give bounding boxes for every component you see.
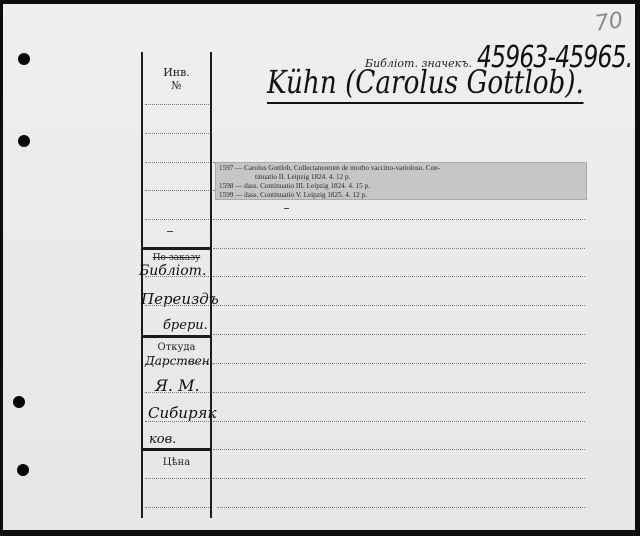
inventory-label: Инв.	[143, 66, 210, 79]
ruled-line	[213, 219, 585, 220]
ruled-line	[213, 248, 585, 249]
ruled-line	[213, 478, 585, 479]
section-divider	[143, 448, 210, 451]
ruled-line	[217, 507, 585, 508]
ruled-line	[213, 334, 585, 335]
pencil-note: 70	[593, 8, 624, 37]
entry-text: — dass. Continuatio III. Leipzig 1824. 4…	[235, 182, 370, 190]
source-handwritten-line: Сибиряк	[148, 404, 216, 422]
ruled-line	[145, 478, 209, 479]
price-label: Цѣна	[143, 457, 210, 468]
ruled-line	[145, 507, 209, 508]
entry-number: 1597	[219, 164, 233, 172]
pasted-clipping: 1597 — Carolus Gottlob, Collectaneorum d…	[215, 162, 587, 200]
ruled-line	[145, 162, 209, 163]
stray-mark	[284, 208, 289, 209]
punch-hole-icon	[18, 53, 30, 65]
ruled-line	[145, 190, 209, 191]
ruled-line	[213, 363, 585, 364]
inventory-number-label: №	[143, 79, 210, 92]
entry-text: — Carolus Gottlob, Collectaneorum de mor…	[235, 164, 440, 172]
entry-number: 1599	[219, 191, 233, 199]
source-handwritten-line: Дарствен.	[145, 354, 214, 368]
ruled-line	[213, 305, 585, 306]
clipping-entry: 1598 — dass. Continuatio III. Leipzig 18…	[219, 182, 583, 191]
entry-number: 1598	[219, 182, 233, 190]
ruled-line	[145, 421, 209, 422]
punch-hole-icon	[18, 135, 30, 147]
clipping-entry: 1597 — Carolus Gottlob, Collectaneorum d…	[219, 164, 583, 173]
catalog-card: 70 Библіот. значекъ. 45963-45965. Kühn (…	[3, 4, 635, 530]
clipping-entry-continuation: tinuatio II. Leipzig 1824. 4. 12 p.	[219, 173, 583, 182]
stray-mark	[167, 231, 173, 232]
ruled-line	[145, 104, 209, 105]
order-handwritten-line: брери.	[163, 318, 208, 333]
source-handwritten-line: ков.	[149, 432, 176, 447]
ruled-line	[145, 392, 209, 393]
ruled-line	[145, 363, 209, 364]
ruled-line	[145, 219, 209, 220]
ruled-line	[213, 421, 585, 422]
punch-hole-icon	[13, 396, 25, 408]
ruled-line	[213, 276, 585, 277]
ruled-line	[145, 305, 209, 306]
left-column-rule	[210, 52, 212, 518]
ruled-line	[213, 449, 585, 450]
order-label: По заказу	[143, 253, 210, 263]
source-label: Откуда	[143, 342, 210, 353]
entry-text: — dass. Continuatio V. Leipzig 1825. 4. …	[235, 191, 367, 199]
author-heading: Kühn (Carolus Gottlob).	[267, 62, 584, 104]
section-divider	[143, 247, 210, 250]
ruled-line	[145, 133, 209, 134]
ruled-line	[213, 392, 585, 393]
ruled-line	[145, 276, 209, 277]
section-divider	[143, 335, 210, 338]
clipping-entry: 1599 — dass. Continuatio V. Leipzig 1825…	[219, 191, 583, 200]
punch-hole-icon	[17, 464, 29, 476]
